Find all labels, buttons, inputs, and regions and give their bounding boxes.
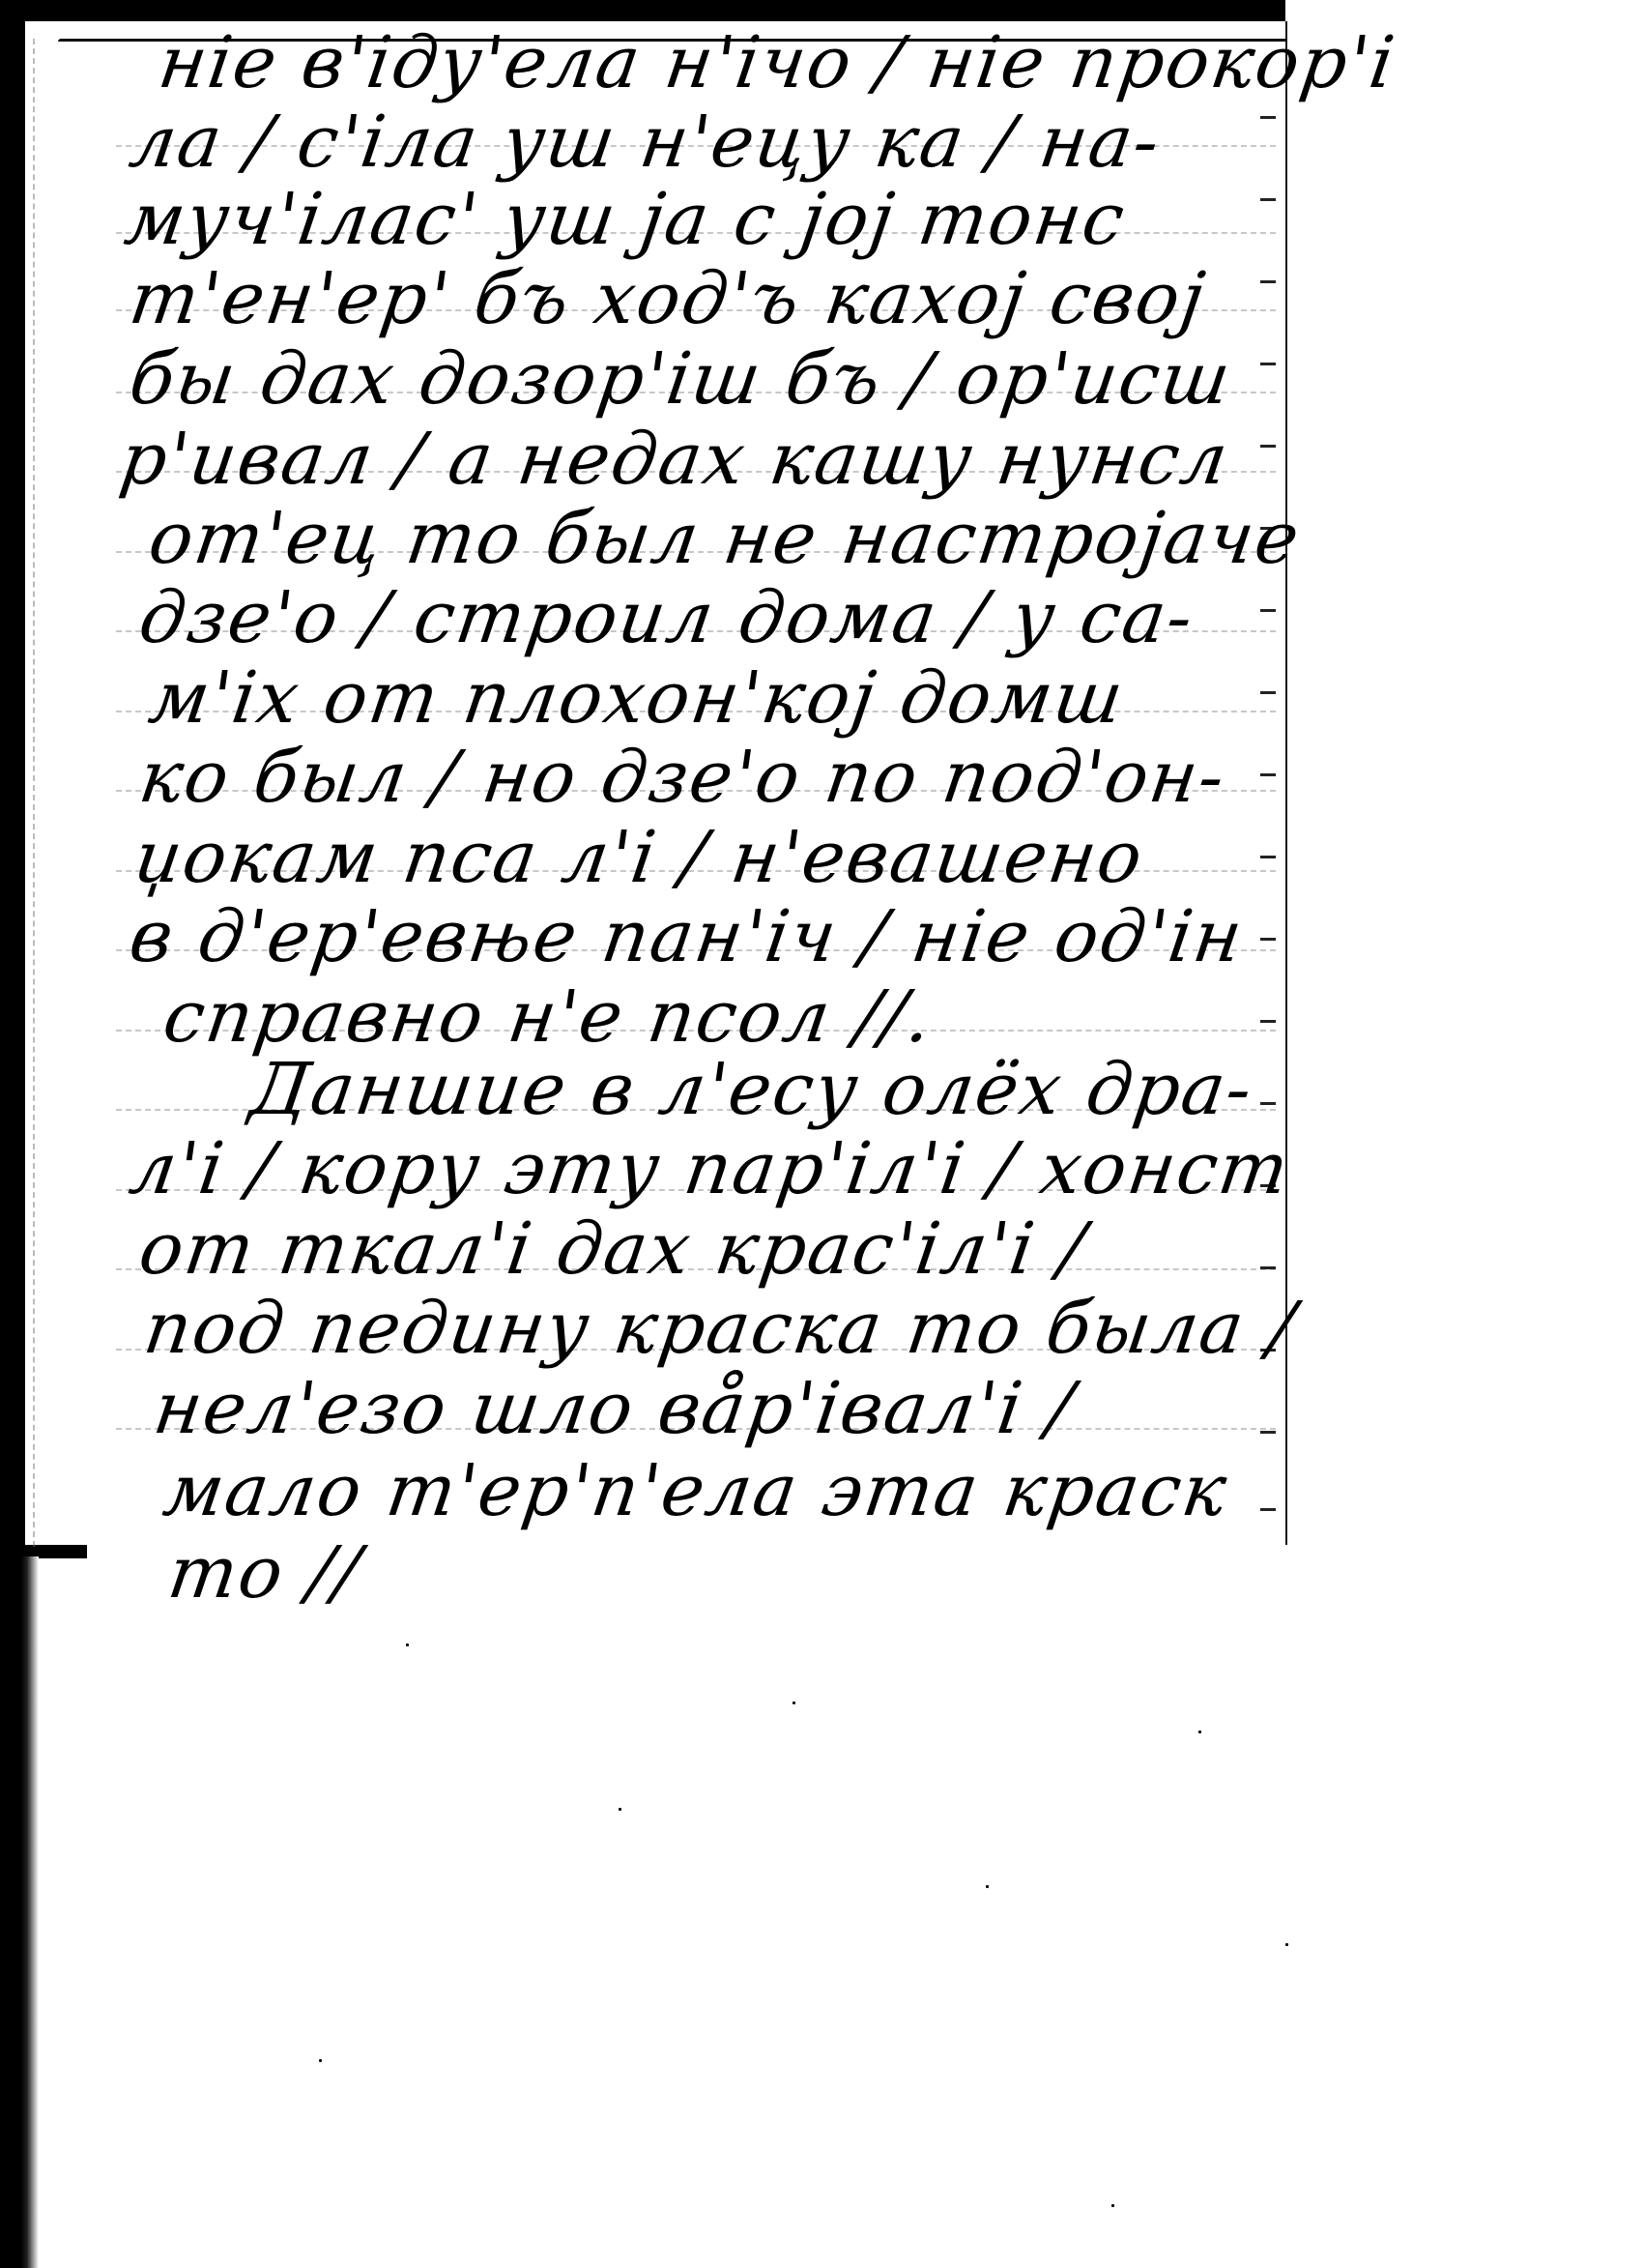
handwritten-line: от ткал'і дах крас'іл'і / — [135, 1213, 1091, 1285]
handwritten-line: справно н'е псол //. — [159, 981, 937, 1053]
scan-top-edge — [0, 0, 1285, 21]
margin-tick — [1260, 198, 1276, 201]
handwritten-line: т'ен'ер' бъ ход'ъ кахој свој — [126, 263, 1210, 334]
scan-left-edge — [0, 0, 25, 1556]
handwritten-line: м'іх от плохон'кој домш — [145, 662, 1129, 734]
handwritten-line: в д'ер'евње пан'іч / ніе од'ін — [126, 901, 1248, 973]
scan-speck — [406, 1643, 409, 1646]
margin-tick — [1260, 938, 1276, 941]
margin-tick — [1260, 1102, 1276, 1105]
margin-tick — [1260, 1266, 1276, 1269]
margin-tick — [1260, 445, 1276, 448]
handwritten-line: Даншие в л'есу олёх дра- — [246, 1054, 1257, 1125]
scan-speck — [1285, 1943, 1288, 1946]
scan-speck — [319, 2059, 322, 2062]
handwritten-line: муч'ілас' уш ја с јој тонс — [121, 184, 1130, 255]
scan-speck — [1111, 2204, 1114, 2207]
margin-tick — [1260, 1508, 1276, 1511]
handwritten-line: мало т'ер'п'ела эта краск — [159, 1455, 1232, 1527]
left-margin-rule — [33, 39, 37, 1547]
margin-tick — [1260, 856, 1276, 858]
margin-tick — [1260, 116, 1276, 119]
margin-tick — [1260, 1431, 1276, 1434]
handwritten-line: л'і / кору эту пар'іл'і / хонст — [126, 1133, 1294, 1205]
handwritten-line: р'ивал / а недах кашу нунсл — [116, 423, 1233, 495]
scan-speck — [986, 1885, 989, 1888]
handwritten-line: џокам пса л'і / н'евашено — [130, 822, 1148, 893]
handwritten-line: ніе в'іду'ела н'ічо / ніе прокор'і — [155, 27, 1400, 99]
handwritten-line: то // — [164, 1537, 366, 1609]
scan-speck — [793, 1701, 795, 1704]
handwritten-line: бы дах дозор'іш бъ / ор'исш — [126, 343, 1236, 415]
handwritten-line: нел'езо шло ва̊р'івал'і / — [150, 1373, 1079, 1444]
scan-speck — [619, 1808, 621, 1811]
margin-tick — [1260, 280, 1276, 283]
margin-tick — [1260, 773, 1276, 776]
handwritten-line: под педину краска то была / — [140, 1293, 1301, 1364]
margin-tick — [1260, 363, 1276, 365]
margin-tick — [1260, 691, 1276, 694]
handwritten-line: дзе'о / строил дома / у са- — [135, 582, 1198, 654]
margin-tick — [1260, 1020, 1276, 1023]
handwritten-line: ко был / но дзе'о по под'он- — [135, 741, 1230, 813]
handwritten-line: от'ец то был не настројаче — [145, 503, 1305, 574]
margin-tick — [1260, 609, 1276, 612]
scan-left-bottom-edge — [0, 1837, 8, 2268]
scan-speck — [1198, 1730, 1201, 1733]
handwritten-line: ла / с'іла уш н'ецу ка / на- — [126, 106, 1165, 178]
